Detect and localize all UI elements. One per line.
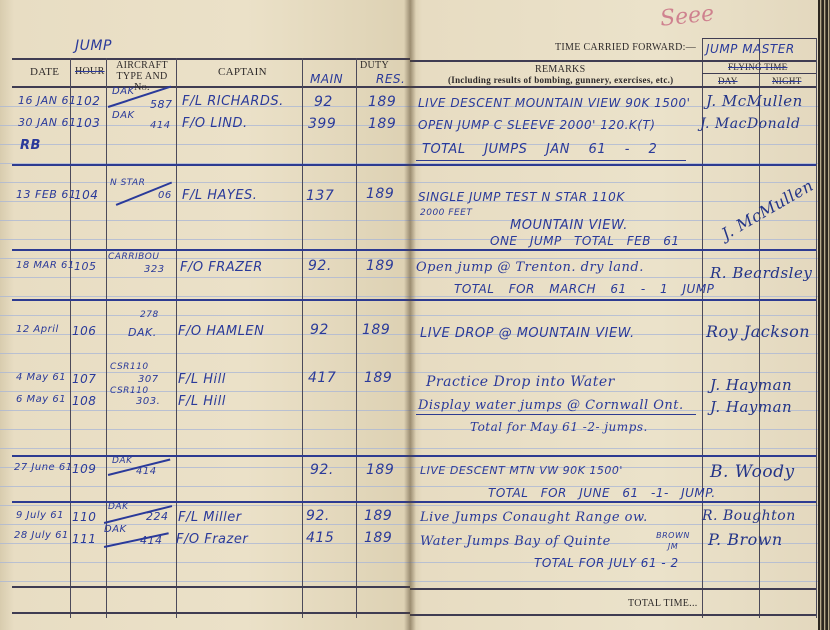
month-divider	[12, 501, 410, 503]
col-header-date: DATE	[30, 66, 59, 78]
entry-date: 30 JAN 61	[18, 116, 77, 129]
bottom-rule	[410, 588, 816, 590]
total-underline	[416, 160, 686, 161]
col-divider	[356, 58, 357, 618]
entry-main: 92	[310, 322, 329, 338]
entry-no: 103	[76, 116, 100, 130]
bottom-rule	[12, 586, 410, 588]
entry-aircraft-no: 303.	[136, 396, 160, 407]
entry-aircraft-type: DAK	[104, 524, 127, 535]
entry-date: 4 May 61	[16, 372, 66, 383]
jump-master-signature: P. Brown	[708, 530, 783, 549]
col-header-res: RES.	[376, 72, 405, 86]
entry-aircraft-type: CARRIBOU	[108, 252, 159, 262]
entry-aircraft-no: 323	[144, 264, 165, 275]
remark-line: SINGLE JUMP TEST N STAR 110K	[418, 190, 625, 204]
remark-line: TOTAL FOR JULY 61 - 2	[534, 556, 679, 570]
entry-captain: F/L HAYES.	[182, 188, 257, 203]
jump-master-signature: J. Hayman	[710, 376, 792, 394]
col-divider	[816, 38, 817, 618]
entry-aircraft-no: 278	[140, 310, 159, 320]
jump-master-signature: J. Hayman	[710, 398, 792, 416]
entry-main: 92	[314, 94, 333, 110]
header-top-rule	[12, 58, 410, 60]
logbook-spread: JUMP DATE HOUR AIRCRAFT TYPE AND No. CAP…	[0, 0, 830, 630]
entry-res: 189	[362, 322, 390, 338]
entry-aircraft-type: DAK	[112, 110, 135, 121]
total-time-label: TOTAL TIME...	[628, 598, 698, 609]
col-header-captain: CAPTAIN	[218, 66, 267, 78]
entry-aircraft-type: DAK	[108, 502, 129, 512]
left-page: JUMP DATE HOUR AIRCRAFT TYPE AND No. CAP…	[0, 0, 410, 630]
night-header: NIGHT	[772, 76, 802, 86]
entry-res: 189	[366, 186, 394, 202]
jump-master-signature: B. Woody	[710, 462, 795, 482]
month-divider	[12, 299, 410, 301]
remark-line: Practice Drop into Water	[426, 374, 615, 390]
book-gutter	[404, 0, 416, 630]
day-header: DAY	[718, 76, 738, 86]
remark-line: Total for May 61 -2- jumps.	[470, 420, 648, 434]
remark-line: Open jump @ Trenton. dry land.	[416, 260, 644, 275]
sub-rule	[702, 73, 816, 74]
entry-aircraft-no: 414	[150, 120, 171, 131]
entry-res: 189	[366, 258, 394, 274]
entry-aircraft-no: 587	[150, 98, 173, 111]
entry-captain: F/O FRAZER	[180, 260, 263, 275]
remark-line: Display water jumps @ Cornwall Ont.	[418, 398, 684, 413]
entry-no: 106	[72, 324, 96, 338]
jump-master-label: JUMP MASTER	[706, 42, 795, 56]
flying-time-header: FLYING TIME	[728, 62, 787, 72]
entry-res: 189	[368, 94, 396, 110]
entry-aircraft-type: DAK.	[128, 326, 157, 339]
header-bottom-rule	[410, 86, 816, 88]
bottom-rule	[12, 612, 410, 614]
month-divider	[410, 501, 816, 503]
remark-brown-note: BROWN JM	[656, 530, 690, 552]
initials-mark: RB	[20, 138, 41, 153]
entry-date: 12 April	[16, 324, 59, 335]
header-bottom-rule	[12, 86, 410, 88]
jump-master-signature: R. Beardsley	[710, 264, 812, 282]
entry-date: 16 JAN 61	[18, 94, 77, 107]
box-top-rule	[702, 38, 816, 39]
entry-no: 104	[74, 188, 98, 202]
month-divider	[410, 455, 816, 457]
jump-master-signature: J. McMullen	[706, 92, 803, 110]
entry-no: 107	[72, 372, 96, 386]
month-divider	[12, 164, 410, 166]
entry-aircraft-type: N STAR	[110, 178, 145, 188]
entry-date: 28 July 61	[14, 530, 69, 541]
col-header-duty: DUTY	[360, 60, 389, 71]
remark-line: TOTAL JUMPS JAN 61 - 2	[422, 142, 657, 157]
entry-res: 189	[366, 462, 394, 478]
entry-no: 108	[72, 394, 96, 408]
month-divider	[410, 164, 816, 166]
entry-aircraft-no: 307	[138, 374, 159, 385]
entry-no: 109	[72, 462, 96, 476]
remark-line: ONE JUMP TOTAL FEB 61	[490, 234, 680, 248]
entry-main: 92.	[310, 462, 334, 478]
entry-captain: F/O HAMLEN	[178, 324, 264, 339]
remark-line: Live Jumps Conaught Range ow.	[420, 510, 648, 525]
entry-main: 399	[308, 116, 336, 132]
remark-line: LIVE DROP @ MOUNTAIN VIEW.	[420, 326, 635, 341]
entry-aircraft-type: DAK	[112, 456, 133, 466]
right-page: Seee TIME CARRIED FORWARD:— JUMP MASTER …	[410, 0, 820, 630]
entry-aircraft-type: DAK	[112, 86, 135, 97]
remark-line: OPEN JUMP C SLEEVE 2000' 120.K(T)	[418, 118, 655, 132]
entry-main: 415	[306, 530, 334, 546]
remark-line: MOUNTAIN VIEW.	[510, 218, 628, 233]
entry-no: 110	[72, 510, 96, 524]
entry-aircraft-no: 06	[158, 190, 172, 201]
entry-main: 92.	[306, 508, 330, 524]
entry-main: 92.	[308, 258, 332, 274]
bottom-rule	[410, 614, 816, 616]
remarks-header: REMARKS	[535, 64, 585, 75]
remark-line: LIVE DESCENT MOUNTAIN VIEW 90K 1500'	[418, 96, 690, 110]
entry-captain: F/O LIND.	[182, 116, 248, 131]
col-header-main: MAIN	[310, 72, 343, 86]
col-header-hour: HOUR	[75, 66, 105, 77]
remark-line: TOTAL FOR MARCH 61 - 1 JUMP	[454, 282, 714, 296]
entry-aircraft-type: CSR110	[110, 362, 149, 372]
month-divider	[410, 249, 816, 251]
entry-date: 18 MAR 61	[16, 260, 75, 271]
entry-captain: F/L Hill	[178, 394, 226, 409]
entry-date: 27 June 61	[14, 462, 73, 473]
remark-line: TOTAL FOR JUNE 61 -1- JUMP.	[488, 486, 716, 500]
entry-captain: F/L Miller	[178, 510, 242, 525]
entry-no: 102	[76, 94, 100, 108]
entry-captain: F/L RICHARDS.	[182, 94, 284, 109]
entry-no: 105	[74, 260, 97, 273]
entry-no: 111	[72, 532, 96, 546]
jump-annotation: JUMP	[75, 38, 112, 54]
col-divider	[302, 58, 303, 618]
month-divider	[410, 299, 816, 301]
remark-line: Water Jumps Bay of Quinte	[420, 534, 611, 549]
time-carried-forward: TIME CARRIED FORWARD:—	[555, 42, 696, 53]
entry-captain: F/O Frazer	[176, 532, 248, 547]
page-edges	[818, 0, 830, 630]
entry-date: 13 FEB 61	[16, 188, 76, 201]
entry-main: 417	[308, 370, 336, 386]
red-scribble: Seee	[659, 1, 715, 32]
month-divider	[12, 455, 410, 457]
month-divider	[12, 249, 410, 251]
entry-captain: F/L Hill	[178, 372, 226, 387]
entry-res: 189	[364, 508, 392, 524]
entry-res: 189	[368, 116, 396, 132]
remarks-subheader: (Including results of bombing, gunnery, …	[448, 75, 673, 85]
remark-line: 2000 FEET	[420, 208, 472, 218]
entry-aircraft-type: CSR110	[110, 386, 149, 396]
remark-line: LIVE DESCENT MTN VW 90K 1500'	[420, 464, 623, 477]
col-divider	[70, 58, 71, 618]
entry-res: 189	[364, 370, 392, 386]
total-underline	[416, 414, 696, 415]
entry-res: 189	[364, 530, 392, 546]
jump-master-signature: R. Boughton	[702, 508, 796, 524]
entry-date: 9 July 61	[16, 510, 64, 521]
jump-master-signature: J. MacDonald	[700, 116, 800, 132]
entry-date: 6 May 61	[16, 394, 66, 405]
jump-master-signature: Roy Jackson	[706, 322, 810, 341]
entry-main: 137	[306, 188, 334, 204]
